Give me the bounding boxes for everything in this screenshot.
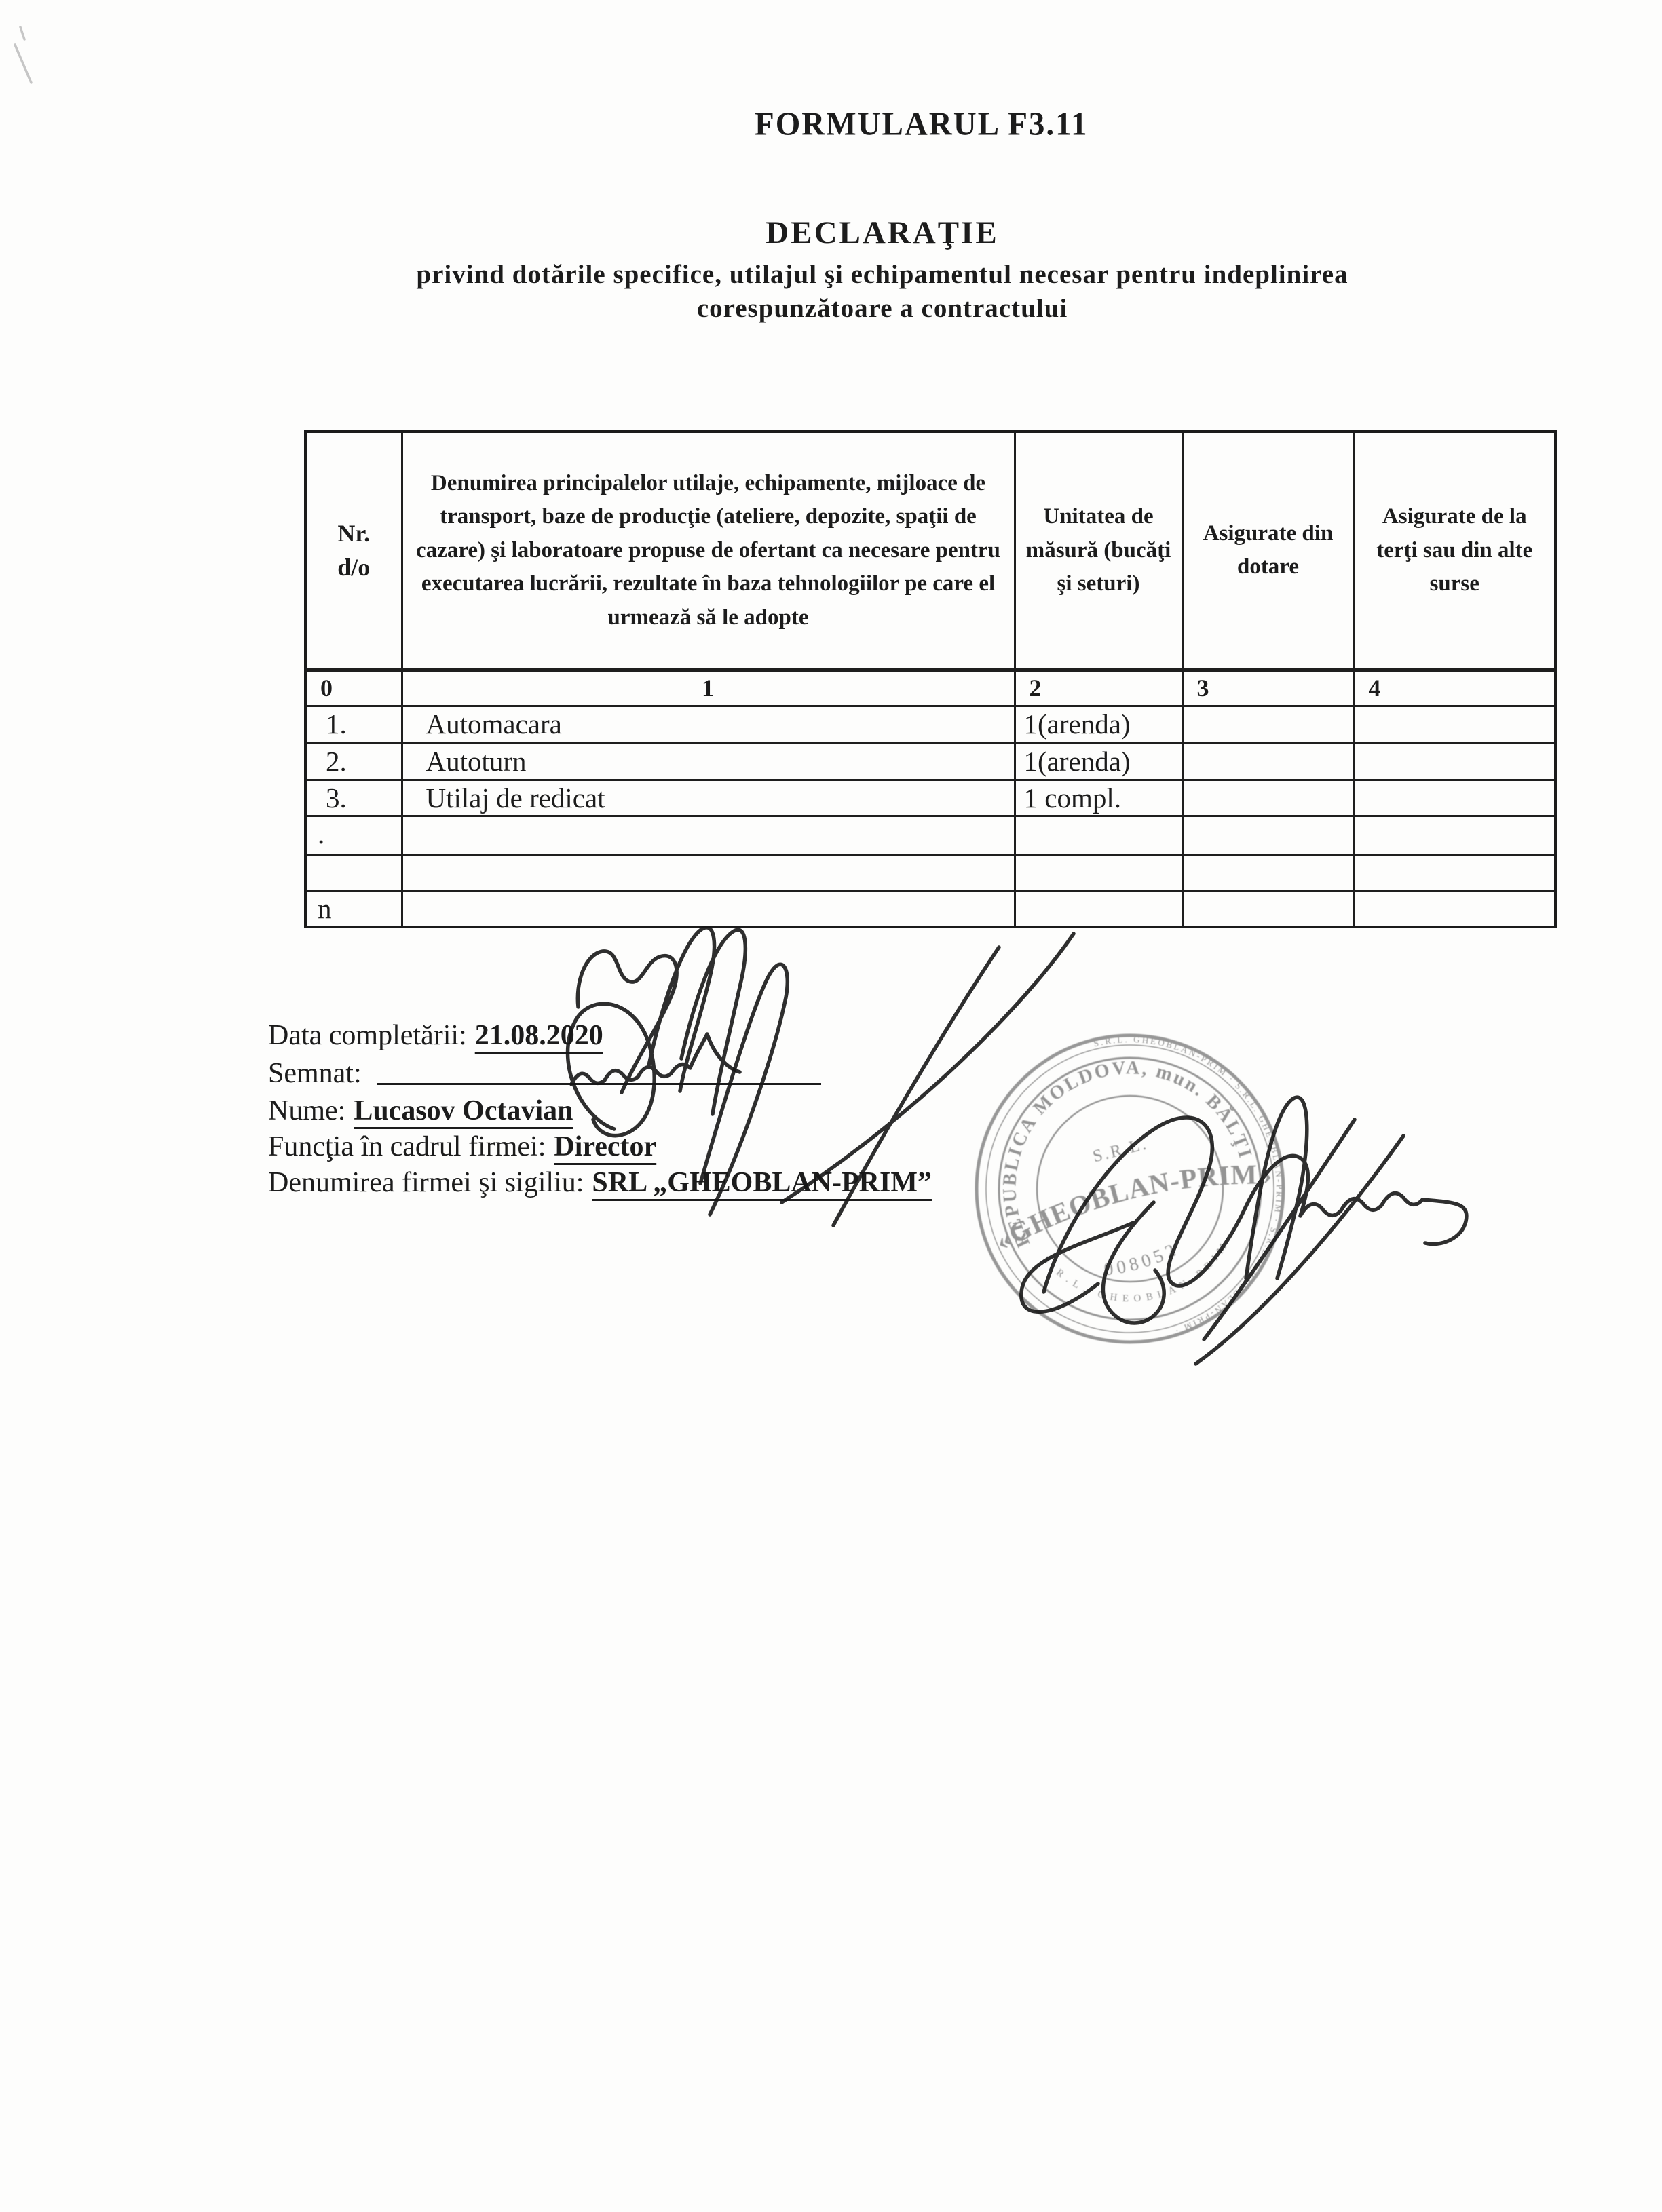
field-position: Funcţia în cadrul firmei:Director <box>268 1130 656 1163</box>
date-value: 21.08.2020 <box>475 1020 603 1051</box>
row-terti <box>1354 742 1555 780</box>
row-nr: 3. <box>305 780 402 816</box>
name-label: Nume: <box>268 1095 345 1126</box>
date-label: Data completării: <box>268 1020 467 1051</box>
col-header-dotare: Asigurate din dotare <box>1182 432 1354 670</box>
signature-line <box>377 1078 821 1085</box>
company-stamp-seal: S.R.L. GHEOBLAN-PRIM · S.R.L. GHEOBLAN-P… <box>950 1009 1310 1369</box>
row-unit <box>1015 854 1182 890</box>
field-date: Data completării:21.08.2020 <box>268 1019 603 1052</box>
index-cell-2: 2 <box>1015 670 1182 706</box>
table-index-row: 0 1 2 3 4 <box>305 670 1555 706</box>
col-header-denumire: Denumirea principalelor utilaje, echipam… <box>402 432 1015 670</box>
row-name <box>402 854 1015 890</box>
row-nr: . <box>305 816 402 854</box>
row-unit <box>1015 816 1182 854</box>
row-dotare <box>1182 890 1354 927</box>
row-unit: 1(arenda) <box>1015 706 1182 742</box>
position-value: Director <box>554 1131 656 1162</box>
row-nr: n <box>305 890 402 927</box>
index-cell-0: 0 <box>305 670 402 706</box>
field-name: Nume:Lucasov Octavian <box>268 1094 573 1127</box>
row-name: Autoturn <box>402 742 1015 780</box>
row-name: Automacara <box>402 706 1015 742</box>
company-label: Denumirea firmei şi sigiliu: <box>268 1167 584 1198</box>
row-dotare <box>1182 854 1354 890</box>
row-dotare <box>1182 742 1354 780</box>
scanned-document-page: FORMULARUL F3.11 DECLARAŢIE privind dotă… <box>0 0 1662 2212</box>
svg-text:008052: 008052 <box>1099 1237 1184 1281</box>
row-terti <box>1354 890 1555 927</box>
table-row: n <box>305 890 1555 927</box>
stamp-ring-repeat-text: S.R.L. GHEOBLAN-PRIM · S.R.L. GHEOBLAN-P… <box>1093 1009 1310 1339</box>
handwriting-overlay <box>0 0 1662 2212</box>
col-header-unitate: Unitatea de măsură (bucăţi şi seturi) <box>1015 432 1182 670</box>
index-cell-1: 1 <box>402 670 1015 706</box>
row-terti <box>1354 816 1555 854</box>
signed-label: Semnat: <box>268 1058 362 1089</box>
position-label: Funcţia în cadrul firmei: <box>268 1131 546 1162</box>
row-nr: 1. <box>305 706 402 742</box>
stamp-outer-ring <box>950 1009 1310 1369</box>
row-dotare <box>1182 780 1354 816</box>
svg-text:S.R.L. GHEOBLAN-PRIM: S.R.L. GHEOBLAN-PRIM <box>1039 1210 1241 1327</box>
row-name <box>402 890 1015 927</box>
document-title: DECLARAŢIE <box>105 214 1659 251</box>
table-row <box>305 854 1555 890</box>
row-dotare <box>1182 816 1354 854</box>
row-nr: 2. <box>305 742 402 780</box>
row-terti <box>1354 854 1555 890</box>
table-row: 2. Autoturn 1(arenda) <box>305 742 1555 780</box>
scan-scratch-mark <box>15 27 31 83</box>
stamp-band-top-text: REPUBLICA MOLDOVA, mun. BĂLŢI <box>972 1030 1264 1252</box>
stamp-ring-2 <box>956 1014 1304 1363</box>
row-nr <box>305 854 402 890</box>
equipment-table: Nr. d/o Denumirea principalelor utilaje,… <box>304 430 1557 928</box>
stamp-number: 008052 <box>1099 1237 1184 1281</box>
document-subtitle-line-1: privind dotările specifice, utilajul şi … <box>105 259 1659 290</box>
stamp-center-company: «GHEOBLAN-PRIM» <box>985 1139 1280 1259</box>
stamp-band-outer-ring <box>971 1030 1289 1348</box>
stamp-band-bottom-text: S.R.L. GHEOBLAN-PRIM <box>1039 1210 1241 1327</box>
table-header-row: Nr. d/o Denumirea principalelor utilaje,… <box>305 432 1555 670</box>
form-code: FORMULARUL F3.11 <box>755 105 1089 143</box>
index-cell-3: 3 <box>1182 670 1354 706</box>
row-dotare <box>1182 706 1354 742</box>
row-unit: 1(arenda) <box>1015 742 1182 780</box>
row-unit <box>1015 890 1182 927</box>
row-unit: 1 compl. <box>1015 780 1182 816</box>
field-signed: Semnat: <box>268 1057 821 1090</box>
table-row: 1. Automacara 1(arenda) <box>305 706 1555 742</box>
row-terti <box>1354 780 1555 816</box>
table-row: 3. Utilaj de redicat 1 compl. <box>305 780 1555 816</box>
field-company: Denumirea firmei şi sigiliu:SRL „GHEOBLA… <box>268 1166 932 1199</box>
svg-text:REPUBLICA MOLDOVA, mun. BĂLŢI: REPUBLICA MOLDOVA, mun. BĂLŢI <box>972 1030 1264 1252</box>
name-value: Lucasov Octavian <box>354 1095 573 1126</box>
svg-text:S.R.L. GHEOBLAN-PRIM · S.R.L.: S.R.L. GHEOBLAN-PRIM · S.R.L. GHEOBLAN-P… <box>1093 1009 1310 1339</box>
row-name <box>402 816 1015 854</box>
company-value: SRL „GHEOBLAN-PRIM” <box>592 1167 932 1198</box>
row-name: Utilaj de redicat <box>402 780 1015 816</box>
col-header-nr: Nr. d/o <box>305 432 402 670</box>
table-row: . <box>305 816 1555 854</box>
signature-secondary <box>1021 1097 1467 1364</box>
stamp-center-srl: S.R.L. <box>1091 1134 1150 1166</box>
col-header-terti: Asigurate de la terţi sau din alte surse <box>1354 432 1555 670</box>
row-terti <box>1354 706 1555 742</box>
document-subtitle-line-2: corespunzătoare a contractului <box>105 293 1659 324</box>
stamp-band-inner-ring <box>1017 1076 1243 1301</box>
svg-text:«GHEOBLAN-PRIM»: «GHEOBLAN-PRIM» <box>985 1139 1280 1259</box>
index-cell-4: 4 <box>1354 670 1555 706</box>
